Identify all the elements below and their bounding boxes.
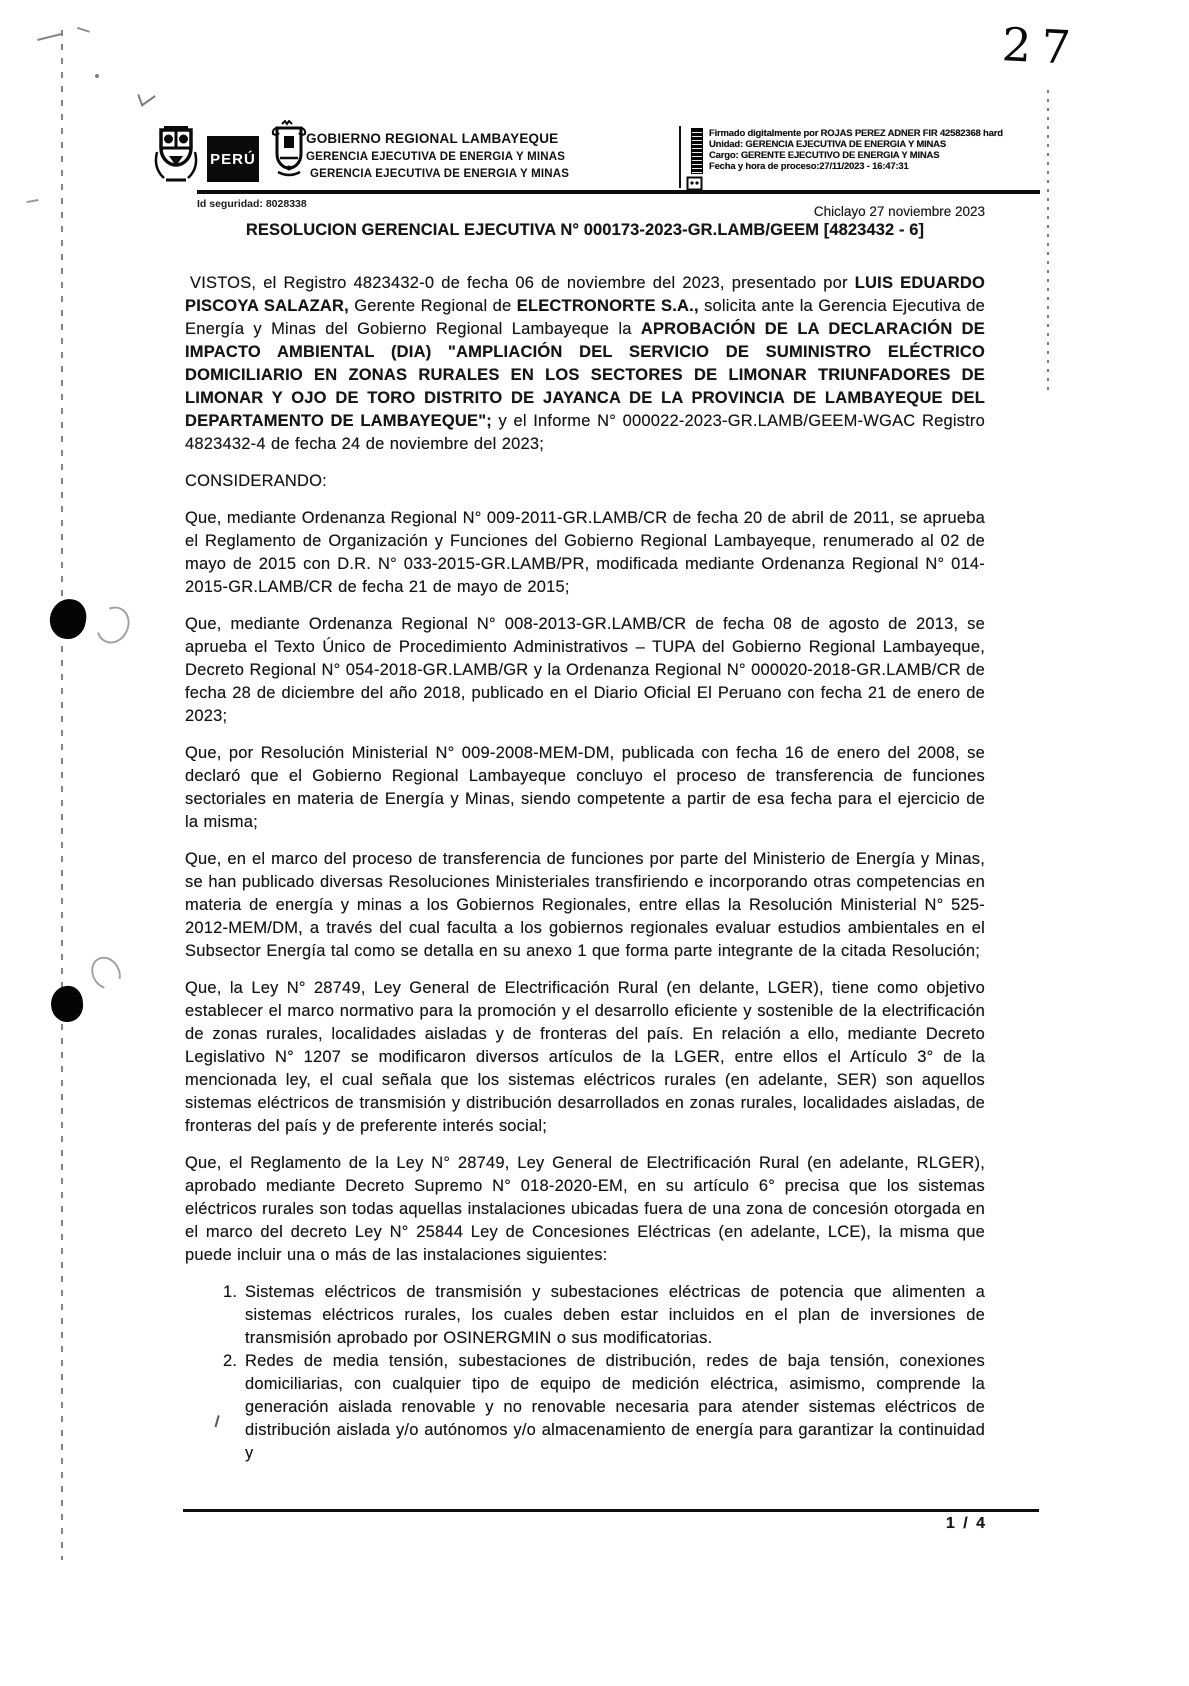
signature-signer: Firmado digitalmente por ROJAS PEREZ ADN… [709,128,1059,139]
pencil-circle-mark [90,601,135,649]
footer-rule [183,1509,1039,1512]
considerando-heading: CONSIDERANDO: [185,470,985,493]
org-name-line1: GOBIERNO REGIONAL LAMBAYEQUE [306,131,646,146]
considerando-paragraph: Que, el Reglamento de la Ley N° 28749, L… [185,1152,985,1267]
handwritten-page-number: 27 [1001,17,1114,77]
org-name-block: GOBIERNO REGIONAL LAMBAYEQUE GERENCIA EJ… [306,131,646,180]
signature-barcode-icon [691,128,703,174]
list-item-number: 1. [223,1281,245,1350]
pencil-scribble [95,74,99,78]
peru-label: PERÚ [207,136,259,182]
vistos-intro: VISTOS, el Registro 4823432-0 de fecha 0… [190,274,855,292]
list-item: 2. Redes de media tensión, subestaciones… [223,1350,985,1465]
header-rule [197,190,1040,194]
list-item-text: Redes de media tensión, subestaciones de… [245,1350,985,1465]
considerando-paragraph: Que, en el marco del proceso de transfer… [185,848,985,963]
pencil-scribble [77,20,92,33]
digital-signature-text: Firmado digitalmente por ROJAS PEREZ ADN… [709,128,1059,172]
installations-list: 1. Sistemas eléctricos de transmisión y … [223,1281,985,1465]
list-item-number: 2. [223,1350,245,1465]
peru-coat-of-arms-icon [152,124,200,186]
pencil-circle-mark [85,951,126,994]
signature-unit: Unidad: GERENCIA EJECUTIVA DE ENERGIA Y … [709,139,1059,150]
company-name: ELECTRONORTE S.A., [517,297,699,315]
left-margin-dashed-line [61,30,63,1560]
list-item: 1. Sistemas eléctricos de transmisión y … [223,1281,985,1350]
document-body: VISTOS, el Registro 4823432-0 de fecha 0… [185,272,985,1465]
page-number-indicator: 1 / 4 [185,1515,987,1533]
ink-blot [49,984,85,1023]
pencil-scribble [35,25,63,41]
considerando-paragraph: Que, la Ley N° 28749, Ley General de Ele… [185,977,985,1138]
pencil-scribble [137,85,155,106]
signature-datetime: Fecha y hora de proceso:27/11/2023 - 16:… [709,161,1059,172]
considerando-paragraph: Que, mediante Ordenanza Regional N° 008-… [185,613,985,728]
org-name-line2: GERENCIA EJECUTIVA DE ENERGIA Y MINAS [306,151,646,163]
ink-blot [47,597,88,642]
signature-role: Cargo: GERENTE EJECUTIVO DE ENERGIA Y MI… [709,150,1059,161]
vistos-mid1: Gerente Regional de [349,297,517,315]
pencil-scribble [26,199,39,209]
document-title: RESOLUCION GERENCIAL EJECUTIVA N° 000173… [185,221,985,240]
org-name-line3: GERENCIA EJECUTIVA DE ENERGIA Y MINAS [310,168,646,180]
list-item-text: Sistemas eléctricos de transmisión y sub… [245,1281,985,1350]
signature-divider-line [679,126,681,188]
scanned-document-page: 27 PERÚ GOBIERNO REGIONAL [0,0,1189,1686]
considerando-paragraph: Que, mediante Ordenanza Regional N° 009-… [185,507,985,599]
vistos-paragraph: VISTOS, el Registro 4823432-0 de fecha 0… [185,272,985,456]
place-date-line: Chiclayo 27 noviembre 2023 [185,204,985,219]
considerando-paragraph: Que, por Resolución Ministerial N° 009-2… [185,742,985,834]
lambayeque-shield-icon [268,120,310,182]
